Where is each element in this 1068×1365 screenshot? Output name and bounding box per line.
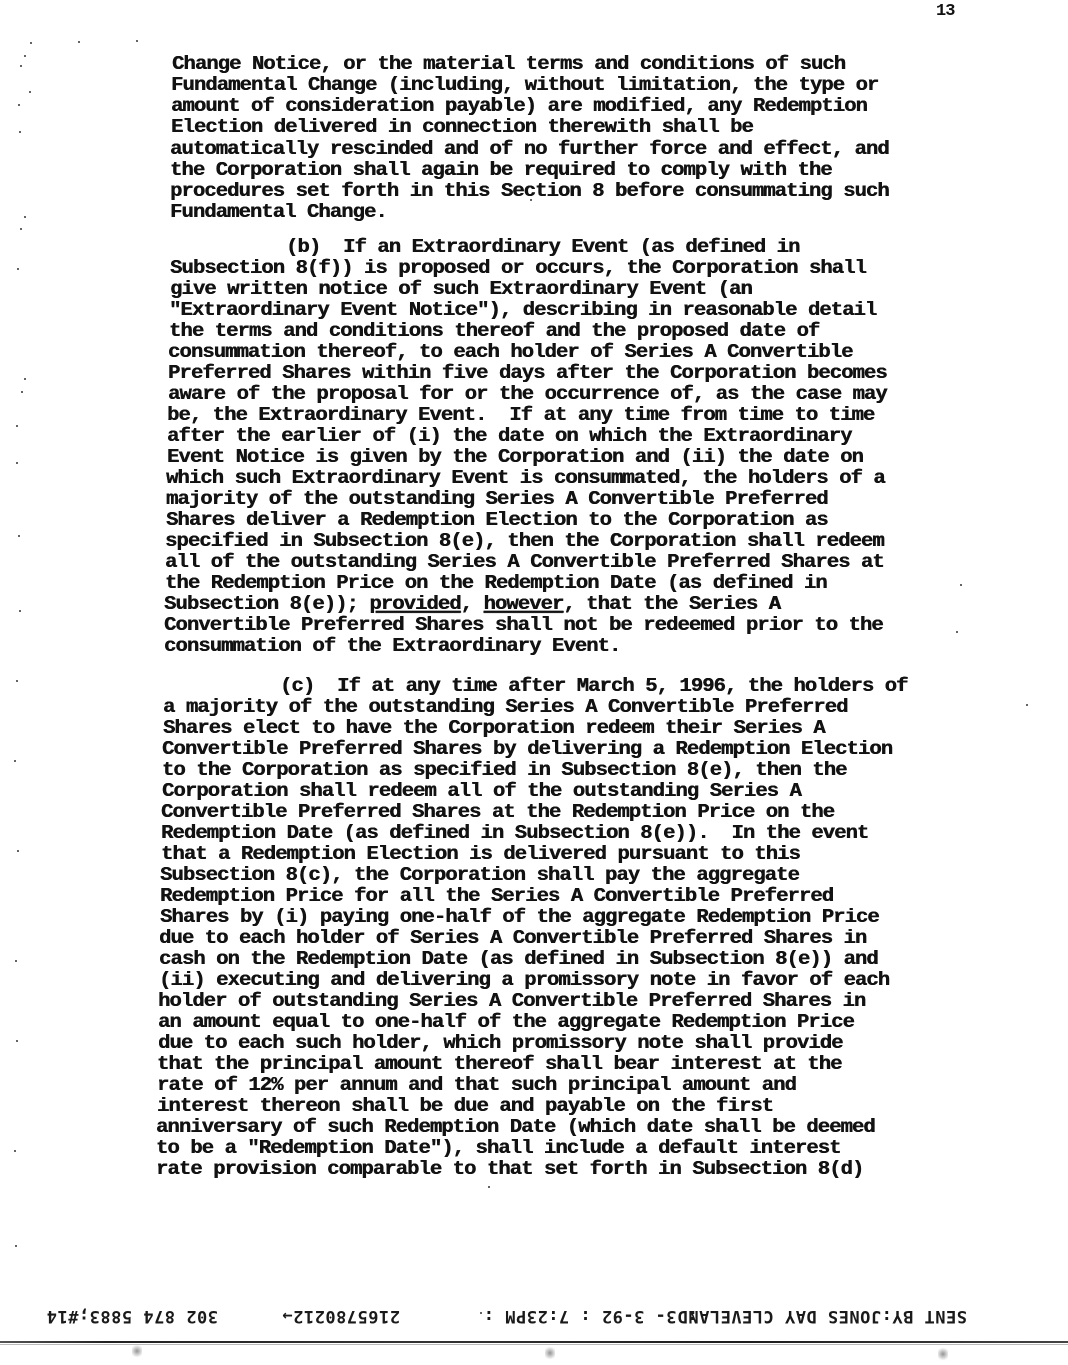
paragraph-line: Election delivered in connection therewi… xyxy=(171,118,753,138)
paragraph-line: specified in Subsection 8(e), then the C… xyxy=(165,532,884,552)
paragraph-line: Event Notice is given by the Corporation… xyxy=(167,448,863,468)
scan-smudge xyxy=(938,1347,948,1361)
paragraph-line: Convertible Preferred Shares at the Rede… xyxy=(161,803,834,823)
paragraph-line: which such Extraordinary Event is consum… xyxy=(166,469,885,489)
paragraph-line: (b) If an Extraordinary Event (as define… xyxy=(286,238,799,258)
underlined-term-however: however xyxy=(483,594,563,615)
paragraph-line: aware of the proposal for or the occurre… xyxy=(168,385,887,405)
paragraph-line: "Extraordinary Event Notice"), describin… xyxy=(169,301,876,321)
paragraph-line: to be a "Redemption Date"), shall includ… xyxy=(156,1139,841,1159)
paragraph-line: Change Notice, or the material terms and… xyxy=(172,55,845,75)
paragraph-line-proviso: Subsection 8(e)); provided, however, tha… xyxy=(164,595,780,615)
paragraph-line: cash on the Redemption Date (as defined … xyxy=(159,950,878,970)
paragraph-line: after the earlier of (i) the date on whi… xyxy=(167,427,852,447)
fax-edge-rule xyxy=(0,1341,1068,1343)
paragraph-line: Fundamental Change. xyxy=(170,203,387,223)
proviso-text: , xyxy=(461,594,484,615)
paragraph-line: that a Redemption Election is delivered … xyxy=(161,845,800,865)
paragraph-line: Shares deliver a Redemption Election to … xyxy=(166,511,828,531)
paragraph-line: automatically rescinded and of no furthe… xyxy=(170,140,889,160)
fax-transmission-header: SENT BY:JONES DAY CLEVELAND : 3- 3-92 : … xyxy=(0,1300,1068,1330)
paragraph-line: due to each such holder, which promissor… xyxy=(158,1034,843,1054)
document-page: 13 Change Notice, or the material terms … xyxy=(0,0,1068,1365)
underlined-term-provided: provided xyxy=(369,594,460,615)
paragraph-line: Subsection 8(f)) is proposed or occurs, … xyxy=(170,259,866,279)
paragraph-line: Preferred Shares within five days after … xyxy=(168,364,887,384)
fax-date-time: : 3- 3-92 : 7:23PM : xyxy=(483,1306,698,1326)
paragraph-line: Redemption Price for all the Series A Co… xyxy=(160,887,833,907)
paragraph-line: Convertible Preferred Shares shall not b… xyxy=(164,616,883,636)
page-number: 13 xyxy=(936,2,954,21)
paragraph-line: Fundamental Change (including, without l… xyxy=(171,76,878,96)
paragraph-line: Redemption Date (as defined in Subsectio… xyxy=(161,824,868,844)
paragraph-line: the terms and conditions thereof and the… xyxy=(169,322,819,342)
paragraph-line: Convertible Preferred Shares by deliveri… xyxy=(162,740,892,760)
paragraph-line: Subsection 8(c), the Corporation shall p… xyxy=(160,866,799,886)
paragraph-line: due to each holder of Series A Convertib… xyxy=(159,929,866,949)
fax-sent-by: SENT BY:JONES DAY CLEVELAND xyxy=(677,1306,967,1326)
paragraph-line: all of the outstanding Series A Converti… xyxy=(165,553,884,573)
paragraph-line: that the principal amount thereof shall … xyxy=(157,1055,842,1075)
paragraph-line: give written notice of such Extraordinar… xyxy=(170,280,752,300)
fax-to-number-page: 302 874 5883;#14 xyxy=(46,1306,218,1326)
fax-from-number: 2165780212→ xyxy=(282,1306,400,1326)
paragraph-line: (c) If at any time after March 5, 1996, … xyxy=(280,677,907,697)
paragraph-line: holder of outstanding Series A Convertib… xyxy=(158,992,865,1012)
paragraph-line: majority of the outstanding Series A Con… xyxy=(166,490,828,510)
paragraph-line: to the Corporation as specified in Subse… xyxy=(162,761,847,781)
paragraph-line: Shares elect to have the Corporation red… xyxy=(163,719,825,739)
paragraph-line: consummation thereof, to each holder of … xyxy=(168,343,853,363)
paragraph-line: amount of consideration payable) are mod… xyxy=(171,97,867,117)
scan-smudge xyxy=(545,1346,555,1360)
paragraph-line: rate provision comparable to that set fo… xyxy=(156,1160,863,1180)
paragraph-line: the Redemption Price on the Redemption D… xyxy=(165,574,827,594)
paragraph-line: interest thereon shall be due and payabl… xyxy=(157,1097,773,1117)
paragraph-line: rate of 12% per annum and that such prin… xyxy=(157,1076,796,1096)
paragraph-line: (ii) executing and delivering a promisso… xyxy=(159,971,889,991)
paragraph-line: the Corporation shall again be required … xyxy=(170,161,832,181)
paragraph-line: a majority of the outstanding Series A C… xyxy=(163,698,848,718)
proviso-text: , that the Series A xyxy=(563,594,780,615)
scan-smudge xyxy=(132,1344,142,1358)
fax-edge-rule-faint xyxy=(0,1344,1068,1345)
paragraph-line: Shares by (i) paying one-half of the agg… xyxy=(160,908,879,928)
proviso-text: Subsection 8(e)); xyxy=(164,594,369,615)
paragraph-line: consummation of the Extraordinary Event. xyxy=(164,637,620,657)
paragraph-line: anniversary of such Redemption Date (whi… xyxy=(156,1118,875,1138)
paragraph-line: an amount equal to one-half of the aggre… xyxy=(158,1013,854,1033)
paragraph-line: be, the Extraordinary Event. If at any t… xyxy=(167,406,874,426)
paragraph-line: Corporation shall redeem all of the outs… xyxy=(162,782,801,802)
